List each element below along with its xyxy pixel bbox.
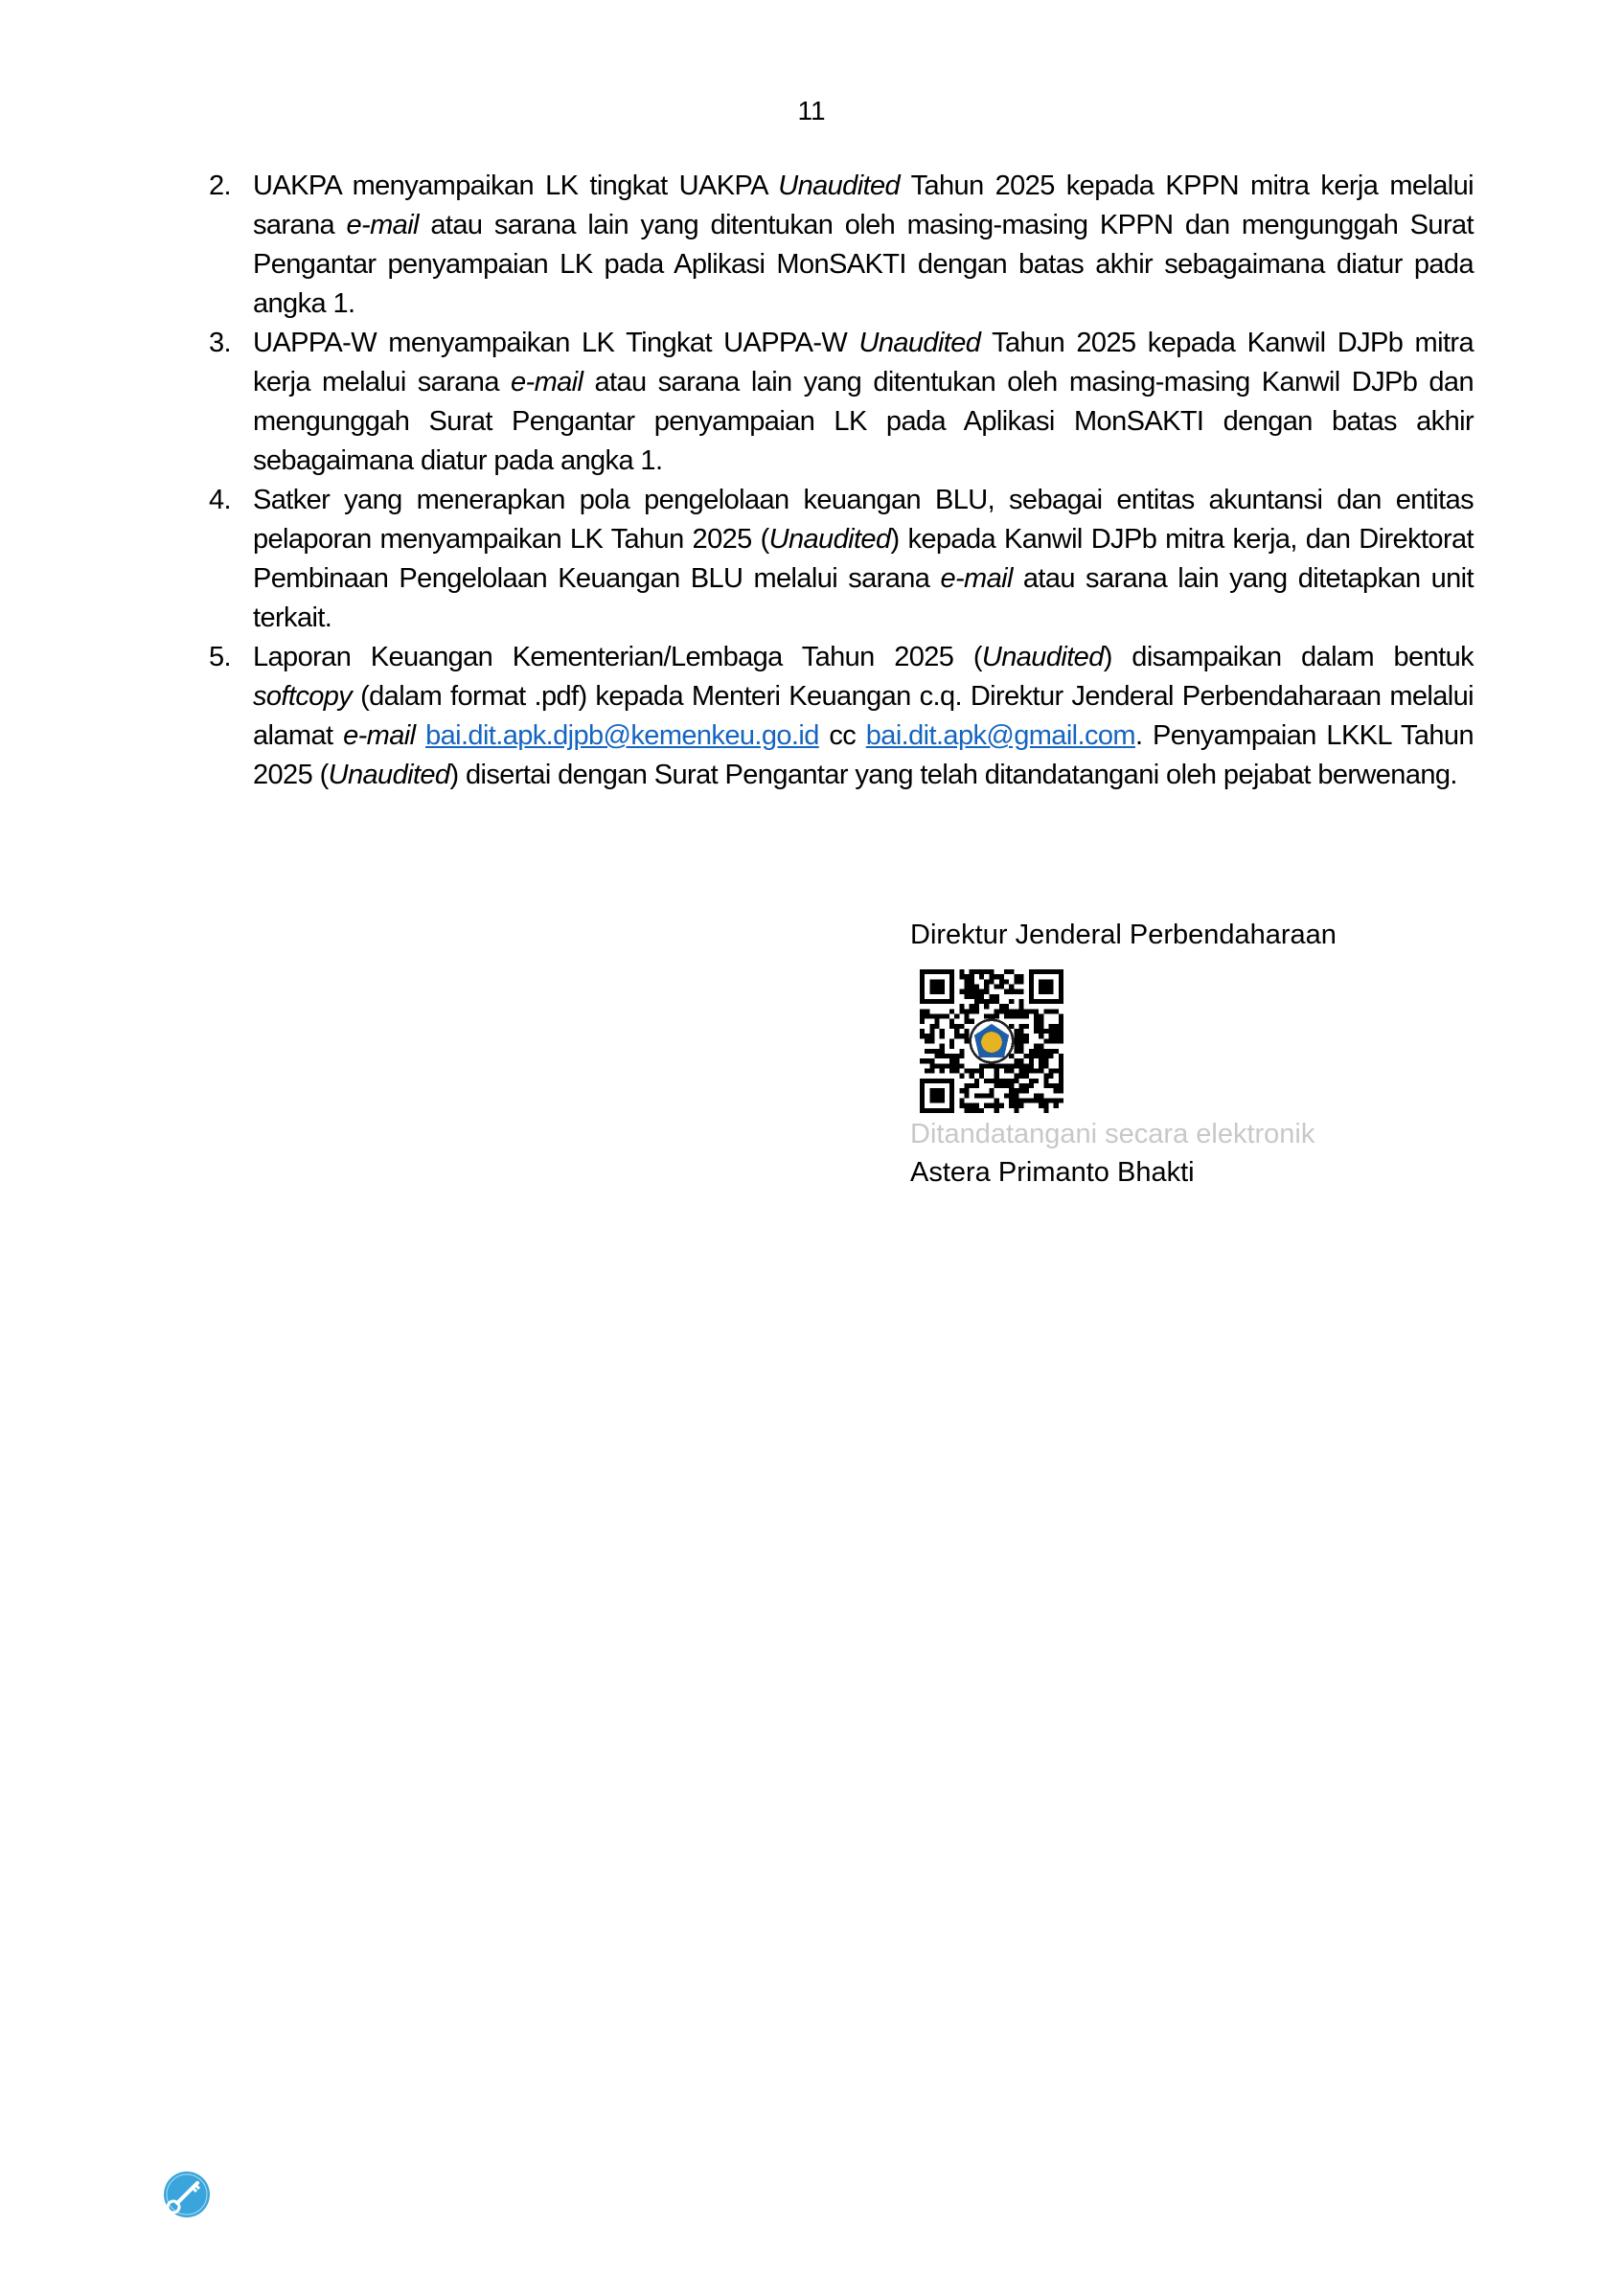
text-run: ) disertai dengan Surat Pengantar yang t… [449, 760, 1456, 790]
italic-term: e-mail [343, 720, 415, 751]
text-run: cc [819, 720, 866, 751]
list-number: 3. [209, 324, 231, 363]
italic-term: Unaudited [982, 642, 1104, 672]
list-item: 3.UAPPA-W menyampaikan LK Tingkat UAPPA-… [209, 324, 1474, 481]
list-item: 4.Satker yang menerapkan pola pengelolaa… [209, 481, 1474, 638]
italic-term: Unaudited [778, 170, 900, 201]
signatory-name: Astera Primanto Bhakti [910, 1153, 1337, 1192]
list-number: 2. [209, 167, 231, 206]
email-link[interactable]: bai.dit.apk@gmail.com [866, 720, 1135, 751]
text-run: ) disampaikan dalam bentuk [1104, 642, 1474, 672]
italic-term: e-mail [511, 367, 583, 398]
italic-term: e-mail [940, 563, 1012, 594]
italic-term: e-mail [347, 210, 419, 240]
text-run: atau sarana lain yang ditentukan oleh ma… [253, 210, 1474, 319]
list-number: 4. [209, 481, 231, 520]
page-number: 11 [0, 96, 1623, 126]
list-number: 5. [209, 638, 231, 677]
text-run: UAKPA menyampaikan LK tingkat UAKPA [253, 170, 778, 201]
text-run [415, 720, 425, 751]
list-item: 2.UAKPA menyampaikan LK tingkat UAKPA Un… [209, 167, 1474, 324]
instruction-list: 2.UAKPA menyampaikan LK tingkat UAKPA Un… [209, 167, 1474, 795]
italic-term: softcopy [253, 681, 352, 712]
signature-block: Direktur Jenderal Perbendaharaan Ditanda… [910, 916, 1337, 1192]
text-run: Laporan Keuangan Kementerian/Lembaga Tah… [253, 642, 982, 672]
list-item: 5.Laporan Keuangan Kementerian/Lembaga T… [209, 638, 1474, 795]
qr-code-icon [920, 969, 1063, 1113]
italic-term: Unaudited [858, 328, 980, 358]
italic-term: Unaudited [769, 524, 891, 555]
italic-term: Unaudited [329, 760, 450, 790]
electronic-signature-note: Ditandatangani secara elektronik [910, 1115, 1337, 1153]
email-link[interactable]: bai.dit.apk.djpb@kemenkeu.go.id [425, 720, 819, 751]
signatory-title: Direktur Jenderal Perbendaharaan [910, 916, 1337, 954]
text-run: UAPPA-W menyampaikan LK Tingkat UAPPA-W [253, 328, 858, 358]
key-badge-icon [163, 2171, 211, 2218]
